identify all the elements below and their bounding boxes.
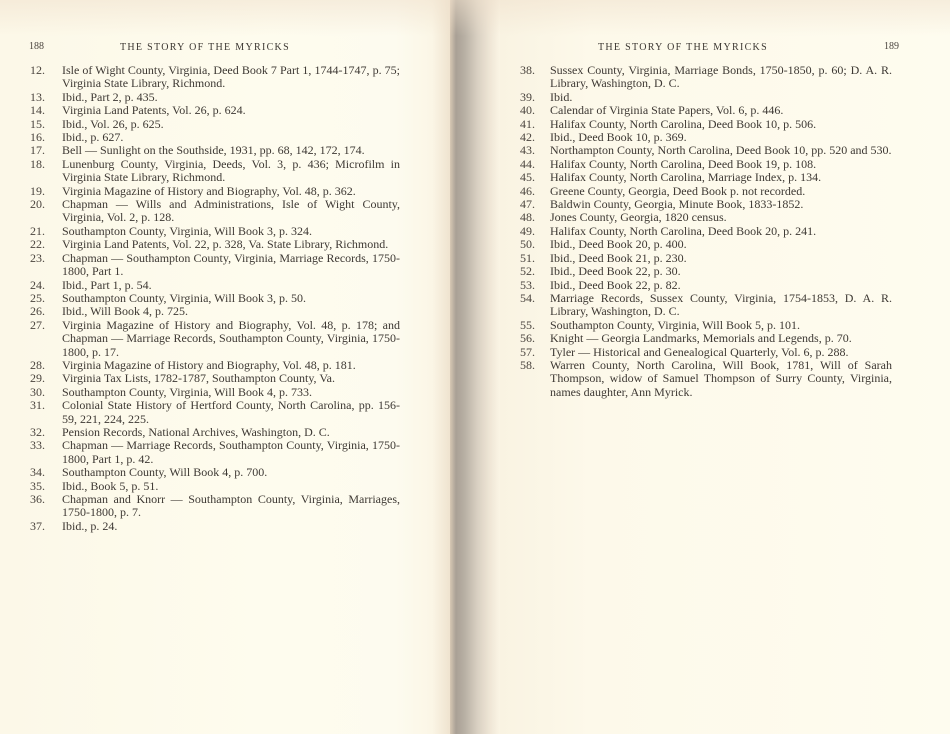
endnote: 51.Ibid., Deed Book 21, p. 230. [520, 252, 892, 265]
endnote-text: Ibid., Vol. 26, p. 625. [62, 118, 400, 131]
endnote-text: Greene County, Georgia, Deed Book p. not… [550, 185, 892, 198]
endnote-number: 45. [520, 171, 550, 184]
endnote: 49.Halifax County, North Carolina, Deed … [520, 225, 892, 238]
endnote-number: 22. [30, 238, 62, 251]
endnote-text: Southampton County, Will Book 4, p. 700. [62, 466, 400, 479]
endnote-text: Chapman — Marriage Records, Southampton … [62, 439, 400, 466]
endnote-text: Jones County, Georgia, 1820 census. [550, 211, 892, 224]
endnote: 43.Northampton County, North Carolina, D… [520, 144, 892, 157]
endnote-number: 35. [30, 480, 62, 493]
endnote-text: Halifax County, North Carolina, Deed Boo… [550, 158, 892, 171]
endnote-number: 55. [520, 319, 550, 332]
endnote-text: Virginia Land Patents, Vol. 22, p. 328, … [62, 238, 400, 251]
endnote: 15.Ibid., Vol. 26, p. 625. [30, 118, 400, 131]
endnote-number: 46. [520, 185, 550, 198]
endnote: 23.Chapman — Southampton County, Virgini… [30, 252, 400, 279]
endnote-number: 52. [520, 265, 550, 278]
endnote-text: Bell — Sunlight on the Southside, 1931, … [62, 144, 400, 157]
endnote-number: 48. [520, 211, 550, 224]
right-page: THE STORY OF THE MYRICKS 189 38.Sussex C… [500, 0, 950, 734]
endnote-number: 38. [520, 64, 550, 91]
endnote-number: 57. [520, 346, 550, 359]
endnote: 46.Greene County, Georgia, Deed Book p. … [520, 185, 892, 198]
endnote: 26.Ibid., Will Book 4, p. 725. [30, 305, 400, 318]
endnote: 42.Ibid., Deed Book 10, p. 369. [520, 131, 892, 144]
endnote: 31.Colonial State History of Hertford Co… [30, 399, 400, 426]
endnote: 18.Lunenburg County, Virginia, Deeds, Vo… [30, 158, 400, 185]
endnote-number: 21. [30, 225, 62, 238]
endnote-number: 16. [30, 131, 62, 144]
endnote-number: 44. [520, 158, 550, 171]
endnote: 30.Southampton County, Virginia, Will Bo… [30, 386, 400, 399]
endnote-text: Ibid., Deed Book 21, p. 230. [550, 252, 892, 265]
endnote: 54.Marriage Records, Sussex County, Virg… [520, 292, 892, 319]
endnote-text: Northampton County, North Carolina, Deed… [550, 144, 892, 157]
endnote-number: 43. [520, 144, 550, 157]
endnote-text: Ibid., Deed Book 20, p. 400. [550, 238, 892, 251]
endnote: 39.Ibid. [520, 91, 892, 104]
endnote-text: Ibid., p. 24. [62, 520, 400, 533]
endnote-text: Ibid., Book 5, p. 51. [62, 480, 400, 493]
endnote-text: Halifax County, North Carolina, Marriage… [550, 171, 892, 184]
endnote-text: Ibid., Deed Book 22, p. 82. [550, 279, 892, 292]
endnote: 35.Ibid., Book 5, p. 51. [30, 480, 400, 493]
endnote-number: 29. [30, 372, 62, 385]
endnote-text: Warren County, North Carolina, Will Book… [550, 359, 892, 399]
endnote-text: Southampton County, Virginia, Will Book … [62, 292, 400, 305]
endnote-number: 26. [30, 305, 62, 318]
endnote-number: 20. [30, 198, 62, 225]
endnote: 48.Jones County, Georgia, 1820 census. [520, 211, 892, 224]
endnote: 33.Chapman — Marriage Records, Southampt… [30, 439, 400, 466]
endnote-text: Ibid., Deed Book 22, p. 30. [550, 265, 892, 278]
endnote-number: 37. [30, 520, 62, 533]
endnote-number: 31. [30, 399, 62, 426]
endnote-number: 36. [30, 493, 62, 520]
endnote-text: Lunenburg County, Virginia, Deeds, Vol. … [62, 158, 400, 185]
endnote-number: 51. [520, 252, 550, 265]
endnote-text: Baldwin County, Georgia, Minute Book, 18… [550, 198, 892, 211]
endnote: 47.Baldwin County, Georgia, Minute Book,… [520, 198, 892, 211]
endnote: 19.Virginia Magazine of History and Biog… [30, 185, 400, 198]
endnote-number: 40. [520, 104, 550, 117]
endnote: 58.Warren County, North Carolina, Will B… [520, 359, 892, 399]
endnotes-list: 12.Isle of Wight County, Virginia, Deed … [30, 64, 400, 533]
endnote-text: Chapman and Knorr — Southampton County, … [62, 493, 400, 520]
endnote: 52.Ibid., Deed Book 22, p. 30. [520, 265, 892, 278]
running-head: THE STORY OF THE MYRICKS [598, 42, 768, 53]
endnote: 36.Chapman and Knorr — Southampton Count… [30, 493, 400, 520]
endnote: 14.Virginia Land Patents, Vol. 26, p. 62… [30, 104, 400, 117]
endnote-text: Tyler — Historical and Genealogical Quar… [550, 346, 892, 359]
endnote-number: 14. [30, 104, 62, 117]
endnote: 24.Ibid., Part 1, p. 54. [30, 279, 400, 292]
endnote-number: 32. [30, 426, 62, 439]
endnote-number: 27. [30, 319, 62, 359]
endnote-text: Pension Records, National Archives, Wash… [62, 426, 400, 439]
endnote-text: Ibid., Deed Book 10, p. 369. [550, 131, 892, 144]
endnote: 45.Halifax County, North Carolina, Marri… [520, 171, 892, 184]
endnote: 25.Southampton County, Virginia, Will Bo… [30, 292, 400, 305]
page-number: 188 [29, 41, 44, 52]
book-gutter [450, 0, 500, 734]
endnote: 17.Bell — Sunlight on the Southside, 193… [30, 144, 400, 157]
endnote: 37.Ibid., p. 24. [30, 520, 400, 533]
endnote-text: Halifax County, North Carolina, Deed Boo… [550, 225, 892, 238]
endnote-text: Knight — Georgia Landmarks, Memorials an… [550, 332, 892, 345]
endnote: 22.Virginia Land Patents, Vol. 22, p. 32… [30, 238, 400, 251]
endnote-number: 34. [30, 466, 62, 479]
endnote-number: 23. [30, 252, 62, 279]
endnote-text: Ibid., Part 1, p. 54. [62, 279, 400, 292]
endnote: 53.Ibid., Deed Book 22, p. 82. [520, 279, 892, 292]
endnote: 57.Tyler — Historical and Genealogical Q… [520, 346, 892, 359]
endnote: 55.Southampton County, Virginia, Will Bo… [520, 319, 892, 332]
endnote-text: Marriage Records, Sussex County, Virgini… [550, 292, 892, 319]
endnote-number: 30. [30, 386, 62, 399]
endnote-number: 49. [520, 225, 550, 238]
endnote-number: 15. [30, 118, 62, 131]
endnote-number: 17. [30, 144, 62, 157]
endnote-number: 50. [520, 238, 550, 251]
endnote-number: 12. [30, 64, 62, 91]
endnote-text: Southampton County, Virginia, Will Book … [62, 225, 400, 238]
endnote-number: 53. [520, 279, 550, 292]
endnote-text: Ibid., p. 627. [62, 131, 400, 144]
endnote: 27.Virginia Magazine of History and Biog… [30, 319, 400, 359]
endnote-number: 13. [30, 91, 62, 104]
endnote-number: 24. [30, 279, 62, 292]
endnote-number: 54. [520, 292, 550, 319]
endnote: 16.Ibid., p. 627. [30, 131, 400, 144]
endnote-text: Calendar of Virginia State Papers, Vol. … [550, 104, 892, 117]
endnote: 40.Calendar of Virginia State Papers, Vo… [520, 104, 892, 117]
endnote-number: 41. [520, 118, 550, 131]
endnote: 32.Pension Records, National Archives, W… [30, 426, 400, 439]
endnote-text: Chapman — Wills and Administrations, Isl… [62, 198, 400, 225]
endnote: 38.Sussex County, Virginia, Marriage Bon… [520, 64, 892, 91]
endnote: 29.Virginia Tax Lists, 1782-1787, Southa… [30, 372, 400, 385]
endnote: 44.Halifax County, North Carolina, Deed … [520, 158, 892, 171]
endnote-number: 18. [30, 158, 62, 185]
endnote-text: Virginia Land Patents, Vol. 26, p. 624. [62, 104, 400, 117]
left-page: 188 THE STORY OF THE MYRICKS 12.Isle of … [0, 0, 450, 734]
endnote-number: 39. [520, 91, 550, 104]
endnote: 28.Virginia Magazine of History and Biog… [30, 359, 400, 372]
endnote-number: 25. [30, 292, 62, 305]
endnote-number: 47. [520, 198, 550, 211]
endnote-text: Ibid. [550, 91, 892, 104]
endnote-text: Virginia Tax Lists, 1782-1787, Southampt… [62, 372, 400, 385]
endnote-text: Colonial State History of Hertford Count… [62, 399, 400, 426]
endnote-text: Halifax County, North Carolina, Deed Boo… [550, 118, 892, 131]
endnote-number: 28. [30, 359, 62, 372]
endnote-text: Southampton County, Virginia, Will Book … [550, 319, 892, 332]
endnote: 12.Isle of Wight County, Virginia, Deed … [30, 64, 400, 91]
endnote-text: Southampton County, Virginia, Will Book … [62, 386, 400, 399]
endnote-text: Chapman — Southampton County, Virginia, … [62, 252, 400, 279]
running-head: THE STORY OF THE MYRICKS [120, 42, 290, 53]
endnote: 20.Chapman — Wills and Administrations, … [30, 198, 400, 225]
endnote: 50.Ibid., Deed Book 20, p. 400. [520, 238, 892, 251]
endnotes-list: 38.Sussex County, Virginia, Marriage Bon… [520, 64, 892, 399]
endnote-text: Sussex County, Virginia, Marriage Bonds,… [550, 64, 892, 91]
endnote: 21.Southampton County, Virginia, Will Bo… [30, 225, 400, 238]
endnote-number: 56. [520, 332, 550, 345]
endnote-text: Virginia Magazine of History and Biograp… [62, 185, 400, 198]
endnote: 34.Southampton County, Will Book 4, p. 7… [30, 466, 400, 479]
endnote: 13.Ibid., Part 2, p. 435. [30, 91, 400, 104]
endnote-text: Virginia Magazine of History and Biograp… [62, 359, 400, 372]
endnote-text: Ibid., Will Book 4, p. 725. [62, 305, 400, 318]
endnote-number: 33. [30, 439, 62, 466]
endnote: 41.Halifax County, North Carolina, Deed … [520, 118, 892, 131]
endnote-text: Virginia Magazine of History and Biograp… [62, 319, 400, 359]
endnote-text: Ibid., Part 2, p. 435. [62, 91, 400, 104]
page-number: 189 [884, 41, 899, 52]
book-spread: 188 THE STORY OF THE MYRICKS 12.Isle of … [0, 0, 950, 734]
endnote-text: Isle of Wight County, Virginia, Deed Boo… [62, 64, 400, 91]
endnote-number: 58. [520, 359, 550, 399]
endnote: 56.Knight — Georgia Landmarks, Memorials… [520, 332, 892, 345]
endnote-number: 42. [520, 131, 550, 144]
endnote-number: 19. [30, 185, 62, 198]
